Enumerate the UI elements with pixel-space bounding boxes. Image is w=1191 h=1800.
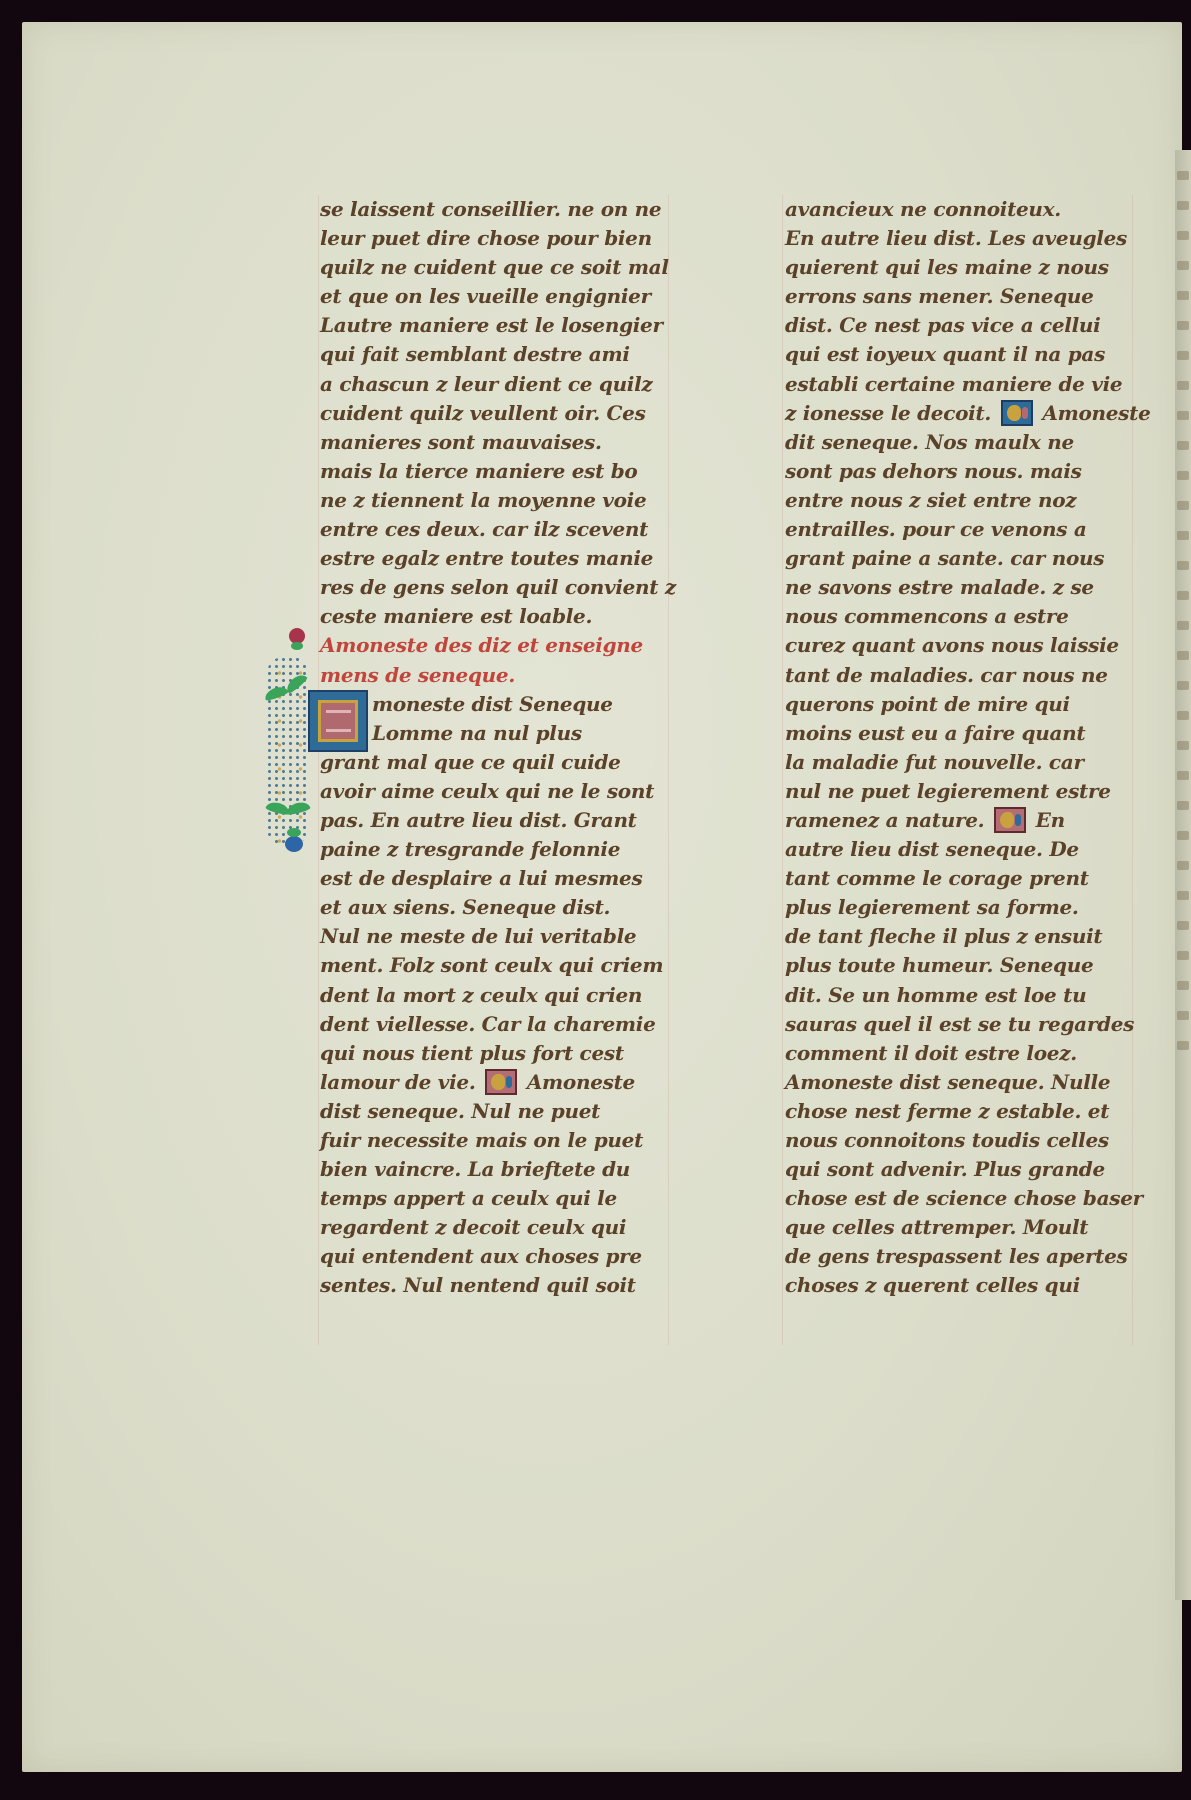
text-line: pas. En autre lieu dist. Grant: [320, 806, 690, 835]
text-line: temps appert a ceulx qui le: [320, 1184, 690, 1213]
text-line: se laissent conseillier. ne on ne: [320, 195, 690, 224]
text-line: a chascun z leur dient ce quilz: [320, 370, 690, 399]
text-line: ment. Folz sont ceulx qui criem: [320, 951, 690, 980]
text-line: sentes. Nul nentend quil soit: [320, 1271, 690, 1300]
small-initial-icon: [994, 807, 1026, 833]
text-line: est de desplaire a lui mesmes: [320, 864, 690, 893]
text-line: res de gens selon quil convient z: [320, 573, 690, 602]
left-text-column: se laissent conseillier. ne on ne leur p…: [320, 195, 690, 1301]
text-line: et que on les vueille engignier: [320, 282, 690, 311]
text-line: querons point de mire qui: [785, 690, 1155, 719]
text-line: quilz ne cuident que ce soit mal: [320, 253, 690, 282]
text-line: Amoneste dist seneque. Nulle: [785, 1068, 1155, 1097]
adjacent-folio-edge: [1175, 150, 1191, 1600]
text-fragment: z ionesse le decoit.: [785, 401, 991, 425]
text-line: de gens trespassent les apertes: [785, 1242, 1155, 1271]
text-line: Lautre maniere est le losengier: [320, 311, 690, 340]
text-line: chose nest ferme z estable. et: [785, 1097, 1155, 1126]
text-line: lamour de vie. Amoneste: [320, 1068, 690, 1097]
text-line: que celles attremper. Moult: [785, 1213, 1155, 1242]
text-line: dist seneque. Nul ne puet: [320, 1097, 690, 1126]
text-line: z ionesse le decoit. Amoneste: [785, 399, 1155, 428]
text-fragment: Amoneste: [1042, 401, 1150, 425]
text-line: qui nous tient plus fort cest: [320, 1039, 690, 1068]
text-line: qui entendent aux choses pre: [320, 1242, 690, 1271]
small-initial-icon: [1001, 400, 1033, 426]
rubric-heading: mens de seneque.: [320, 661, 690, 690]
text-line: quierent qui les maine z nous: [785, 253, 1155, 282]
text-line: En autre lieu dist. Les aveugles: [785, 224, 1155, 253]
rubric-heading: Amoneste des diz et enseigne: [320, 631, 690, 660]
text-line: tant comme le corage prent: [785, 864, 1155, 893]
text-line: Lomme na nul plus: [320, 719, 690, 748]
flower-calyx-icon: [291, 642, 303, 650]
text-line: sauras quel il est se tu regardes: [785, 1010, 1155, 1039]
text-line: moneste dist Seneque: [320, 690, 690, 719]
text-line: nous commencons a estre: [785, 602, 1155, 631]
text-line: grant mal que ce quil cuide: [320, 748, 690, 777]
text-line: ne savons estre malade. z se: [785, 573, 1155, 602]
text-line: entre nous z siet entre noz: [785, 486, 1155, 515]
right-text-column: avancieux ne connoiteux. En autre lieu d…: [785, 195, 1155, 1301]
text-line: bien vaincre. La brieftete du: [320, 1155, 690, 1184]
text-line: entre ces deux. car ilz scevent: [320, 515, 690, 544]
text-line: et aux siens. Seneque dist.: [320, 893, 690, 922]
text-line: nous connoitons toudis celles: [785, 1126, 1155, 1155]
text-line: dist. Ce nest pas vice a cellui: [785, 311, 1155, 340]
initial-paragraph: moneste dist Seneque Lomme na nul plus: [320, 690, 690, 748]
text-line: errons sans mener. Seneque: [785, 282, 1155, 311]
text-line: mais la tierce maniere est bo: [320, 457, 690, 486]
text-line: establi certaine maniere de vie: [785, 370, 1155, 399]
text-line: Nul ne meste de lui veritable: [320, 922, 690, 951]
text-line: dent la mort z ceulx qui crien: [320, 981, 690, 1010]
text-line: ramenez a nature. En: [785, 806, 1155, 835]
text-fragment: lamour de vie.: [320, 1070, 475, 1094]
text-line: avancieux ne connoiteux.: [785, 195, 1155, 224]
text-line: tant de maladies. car nous ne: [785, 661, 1155, 690]
text-line: avoir aime ceulx qui ne le sont: [320, 777, 690, 806]
text-line: qui fait semblant destre ami: [320, 340, 690, 369]
text-line: cuident quilz veullent oir. Ces: [320, 399, 690, 428]
text-line: ne z tiennent la moyenne voie: [320, 486, 690, 515]
text-fragment: Amoneste: [527, 1070, 635, 1094]
text-line: grant paine a sante. car nous: [785, 544, 1155, 573]
ruling-line: [782, 195, 783, 1345]
text-line: plus legierement sa forme.: [785, 893, 1155, 922]
text-line: dent viellesse. Car la charemie: [320, 1010, 690, 1039]
text-line: sont pas dehors nous. mais: [785, 457, 1155, 486]
ruling-line: [318, 195, 319, 1345]
text-line: curez quant avons nous laissie: [785, 631, 1155, 660]
text-fragment: ramenez a nature.: [785, 808, 984, 832]
text-line: ceste maniere est loable.: [320, 602, 690, 631]
text-line: choses z querent celles qui: [785, 1271, 1155, 1300]
text-line: paine z tresgrande felonnie: [320, 835, 690, 864]
flower-calyx-icon: [287, 828, 301, 837]
text-line: autre lieu dist seneque. De: [785, 835, 1155, 864]
text-fragment: En: [1036, 808, 1065, 832]
text-line: plus toute humeur. Seneque: [785, 951, 1155, 980]
text-line: la maladie fut nouvelle. car: [785, 748, 1155, 777]
text-line: dit. Se un homme est loe tu: [785, 981, 1155, 1010]
text-line: entrailles. pour ce venons a: [785, 515, 1155, 544]
text-line: dit seneque. Nos maulx ne: [785, 428, 1155, 457]
text-line: moins eust eu a faire quant: [785, 719, 1155, 748]
text-line: nul ne puet legierement estre: [785, 777, 1155, 806]
text-line: de tant fleche il plus z ensuit: [785, 922, 1155, 951]
text-line: manieres sont mauvaises.: [320, 428, 690, 457]
floral-border-decoration: [262, 628, 312, 868]
text-line: leur puet dire chose pour bien: [320, 224, 690, 253]
text-line: estre egalz entre toutes manie: [320, 544, 690, 573]
blue-flower-icon: [285, 836, 303, 852]
text-line: comment il doit estre loez.: [785, 1039, 1155, 1068]
scan-background: se laissent conseillier. ne on ne leur p…: [0, 0, 1191, 1800]
text-line: fuir necessite mais on le puet: [320, 1126, 690, 1155]
small-initial-icon: [485, 1069, 517, 1095]
text-line: chose est de science chose baser: [785, 1184, 1155, 1213]
text-line: qui est ioyeux quant il na pas: [785, 340, 1155, 369]
text-line: qui sont advenir. Plus grande: [785, 1155, 1155, 1184]
text-line: regardent z decoit ceulx qui: [320, 1213, 690, 1242]
